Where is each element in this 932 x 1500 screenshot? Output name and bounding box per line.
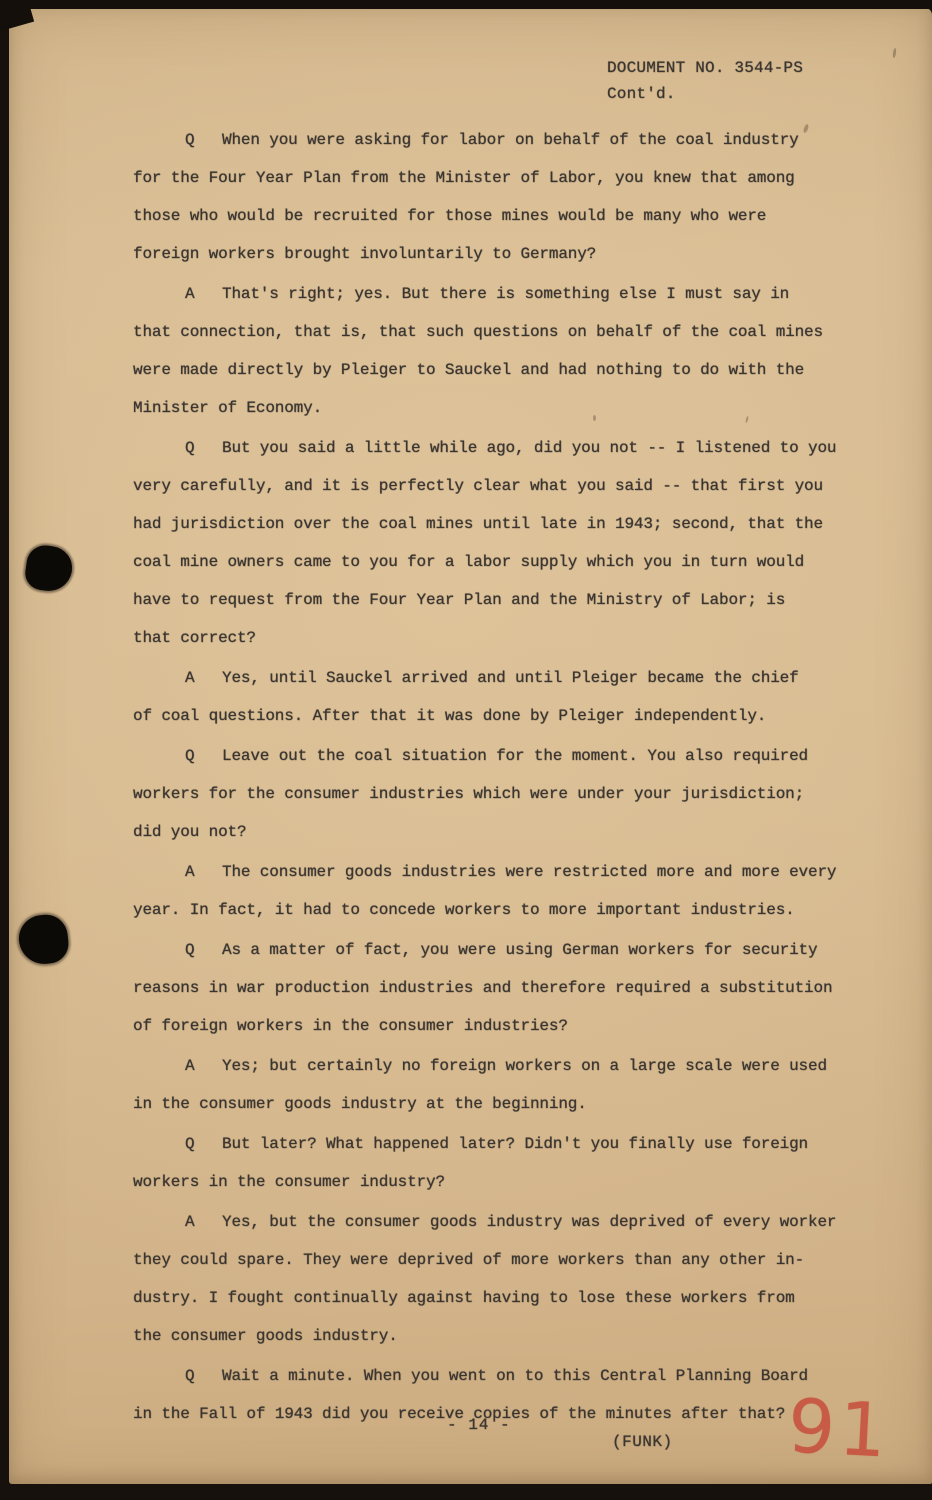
transcript-line: of foreign workers in the consumer indus… xyxy=(133,1007,893,1045)
speaker-label: A xyxy=(133,1047,222,1085)
transcript-body: QWhen you were asking for labor on behal… xyxy=(133,121,893,1433)
speaker-label: Q xyxy=(133,931,222,969)
line-text: As a matter of fact, you were using Germ… xyxy=(222,941,817,959)
transcript-line: those who would be recruited for those m… xyxy=(133,197,893,235)
transcript-line: coal mine owners came to you for a labor… xyxy=(133,543,893,581)
page-number: - 14 - xyxy=(447,1416,511,1434)
speaker-label: Q xyxy=(133,737,222,775)
document-number: DOCUMENT NO. 3544-PS xyxy=(607,55,803,81)
transcript-line: in the Fall of 1943 did you receive copi… xyxy=(133,1395,893,1433)
transcript-line: of coal questions. After that it was don… xyxy=(133,697,893,735)
line-text: But you said a little while ago, did you… xyxy=(222,439,836,457)
transcript-paragraph: QBut you said a little while ago, did yo… xyxy=(133,429,893,657)
transcript-paragraph: AYes; but certainly no foreign workers o… xyxy=(133,1047,893,1123)
line-text: The consumer goods industries were restr… xyxy=(222,863,836,881)
scan-edge-top xyxy=(0,0,932,9)
speaker-label: A xyxy=(133,1203,222,1241)
transcript-line: for the Four Year Plan from the Minister… xyxy=(133,159,893,197)
scanned-document-page: { "page": { "doc_number_line": "DOCUMENT… xyxy=(0,0,932,1500)
transcript-line: Minister of Economy. xyxy=(133,389,893,427)
line-text: Wait a minute. When you went on to this … xyxy=(222,1367,808,1385)
transcript-line: did you not? xyxy=(133,813,893,851)
transcript-line: QAs a matter of fact, you were using Ger… xyxy=(133,931,893,969)
speaker-label: Q xyxy=(133,1357,222,1395)
transcript-line: QLeave out the coal situation for the mo… xyxy=(133,737,893,775)
transcript-line: have to request from the Four Year Plan … xyxy=(133,581,893,619)
line-text: When you were asking for labor on behalf… xyxy=(222,131,799,149)
transcript-line: QBut you said a little while ago, did yo… xyxy=(133,429,893,467)
transcript-line: workers for the consumer industries whic… xyxy=(133,775,893,813)
line-text: Yes, until Sauckel arrived and until Ple… xyxy=(222,669,799,687)
handwritten-page-stamp: 91 xyxy=(786,1383,893,1474)
transcript-paragraph: QBut later? What happened later? Didn't … xyxy=(133,1125,893,1201)
transcript-line: reasons in war production industries and… xyxy=(133,969,893,1007)
speaker-label: Q xyxy=(133,429,222,467)
transcript-paragraph: QAs a matter of fact, you were using Ger… xyxy=(133,931,893,1045)
line-text: Yes, but the consumer goods industry was… xyxy=(222,1213,836,1231)
transcript-line: they could spare. They were deprived of … xyxy=(133,1241,893,1279)
transcript-line: year. In fact, it had to concede workers… xyxy=(133,891,893,929)
speaker-label: A xyxy=(133,853,222,891)
line-text: But later? What happened later? Didn't y… xyxy=(222,1135,808,1153)
transcript-paragraph: QWait a minute. When you went on to this… xyxy=(133,1357,893,1433)
speaker-label: A xyxy=(133,275,222,313)
transcript-line: AThat's right; yes. But there is somethi… xyxy=(133,275,893,313)
line-text: Leave out the coal situation for the mom… xyxy=(222,747,808,765)
transcript-line: very carefully, and it is perfectly clea… xyxy=(133,467,893,505)
transcript-line: that connection, that is, that such ques… xyxy=(133,313,893,351)
transcript-line: QWait a minute. When you went on to this… xyxy=(133,1357,893,1395)
line-text: Yes; but certainly no foreign workers on… xyxy=(222,1057,827,1075)
document-contd: Cont'd. xyxy=(607,81,803,107)
speaker-label: Q xyxy=(133,1125,222,1163)
transcript-line: QWhen you were asking for labor on behal… xyxy=(133,121,893,159)
transcript-line: AYes; but certainly no foreign workers o… xyxy=(133,1047,893,1085)
transcript-line: had jurisdiction over the coal mines unt… xyxy=(133,505,893,543)
transcript-line: AThe consumer goods industries were rest… xyxy=(133,853,893,891)
document-header: DOCUMENT NO. 3544-PS Cont'd. xyxy=(607,55,803,107)
speaker-label: A xyxy=(133,659,222,697)
transcript-line: that correct? xyxy=(133,619,893,657)
transcript-line: QBut later? What happened later? Didn't … xyxy=(133,1125,893,1163)
transcript-paragraph: AThe consumer goods industries were rest… xyxy=(133,853,893,929)
transcript-line: workers in the consumer industry? xyxy=(133,1163,893,1201)
line-text: That's right; yes. But there is somethin… xyxy=(222,285,789,303)
pencil-mark xyxy=(892,48,896,58)
transcript-line: dustry. I fought continually against hav… xyxy=(133,1279,893,1317)
transcript-paragraph: QWhen you were asking for labor on behal… xyxy=(133,121,893,273)
transcript-line: AYes, but the consumer goods industry wa… xyxy=(133,1203,893,1241)
speaker-label: Q xyxy=(133,121,222,159)
transcript-line: AYes, until Sauckel arrived and until Pl… xyxy=(133,659,893,697)
transcript-paragraph: AThat's right; yes. But there is somethi… xyxy=(133,275,893,427)
transcript-line: were made directly by Pleiger to Sauckel… xyxy=(133,351,893,389)
transcript-paragraph: AYes, until Sauckel arrived and until Pl… xyxy=(133,659,893,735)
transcript-paragraph: AYes, but the consumer goods industry wa… xyxy=(133,1203,893,1355)
attribution-funk: (FUNK) xyxy=(612,1433,673,1451)
transcript-line: the consumer goods industry. xyxy=(133,1317,893,1355)
transcript-paragraph: QLeave out the coal situation for the mo… xyxy=(133,737,893,851)
transcript-line: in the consumer goods industry at the be… xyxy=(133,1085,893,1123)
transcript-line: foreign workers brought involuntarily to… xyxy=(133,235,893,273)
